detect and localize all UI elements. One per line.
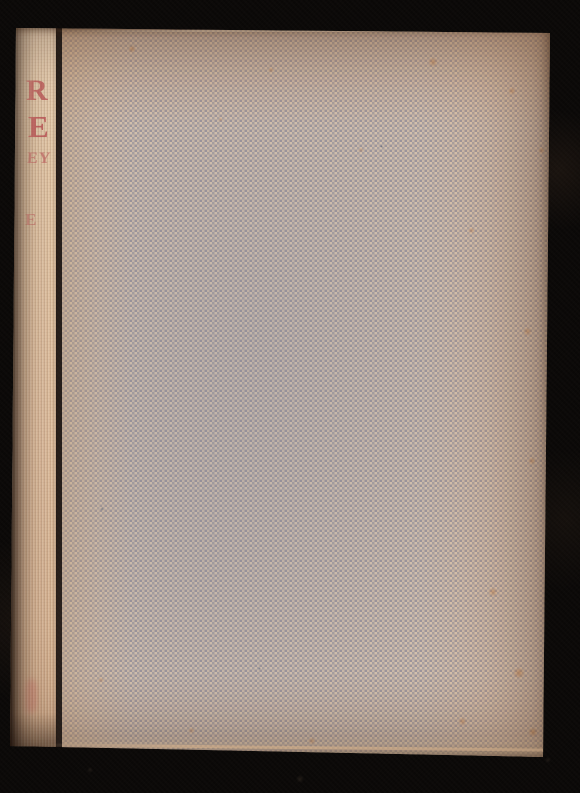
photo-vignette (8, 27, 552, 759)
spine-letter-fragment: E (25, 211, 37, 228)
book-cover: R E EY E (8, 27, 552, 759)
spine-ink-smudge (25, 679, 37, 713)
book-photograph-backdrop: R E EY E (0, 0, 580, 793)
spine-letter-fragment: EY (26, 151, 51, 167)
cover-top-edge-highlight (48, 30, 552, 32)
spine-letter-fragment: R (26, 76, 48, 106)
spine-letter-fragment: E (28, 111, 49, 142)
spine-lettering: R E EY E (8, 27, 68, 759)
